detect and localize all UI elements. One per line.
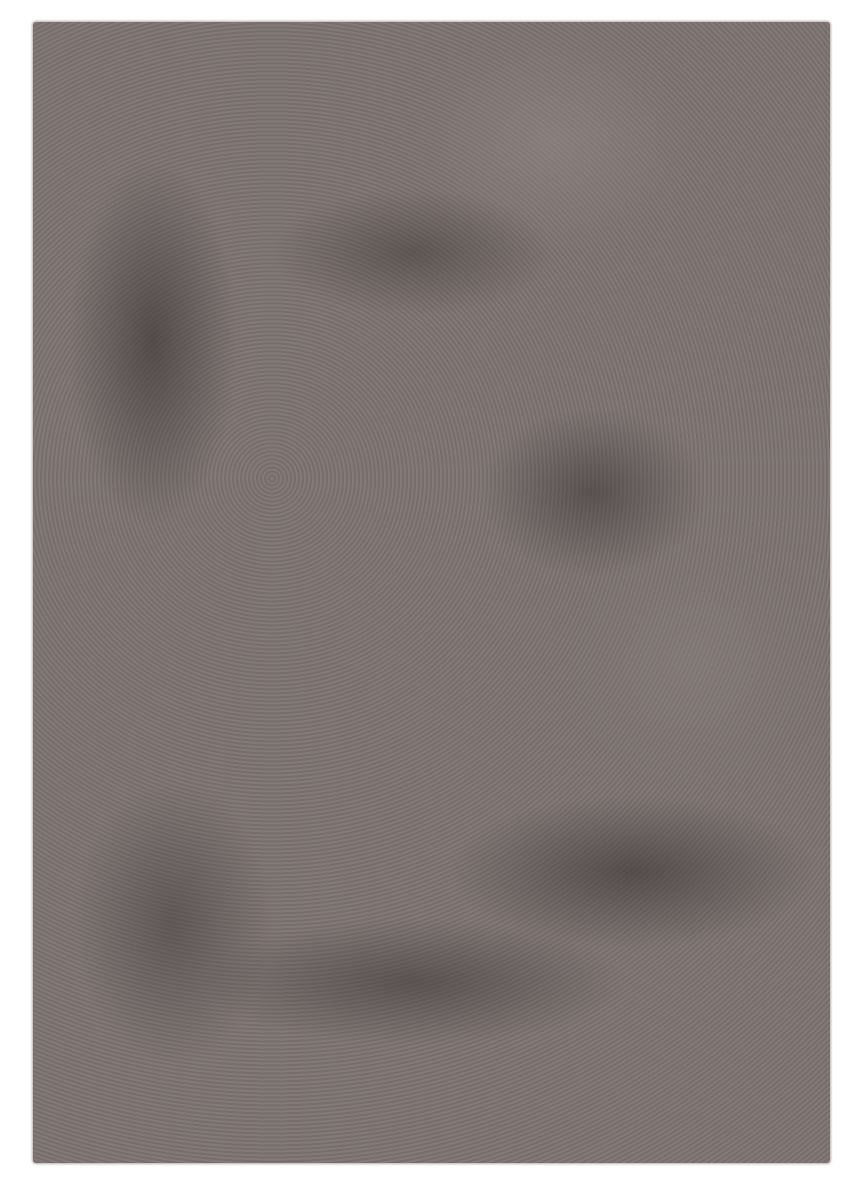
shag-rug [33,22,830,1163]
